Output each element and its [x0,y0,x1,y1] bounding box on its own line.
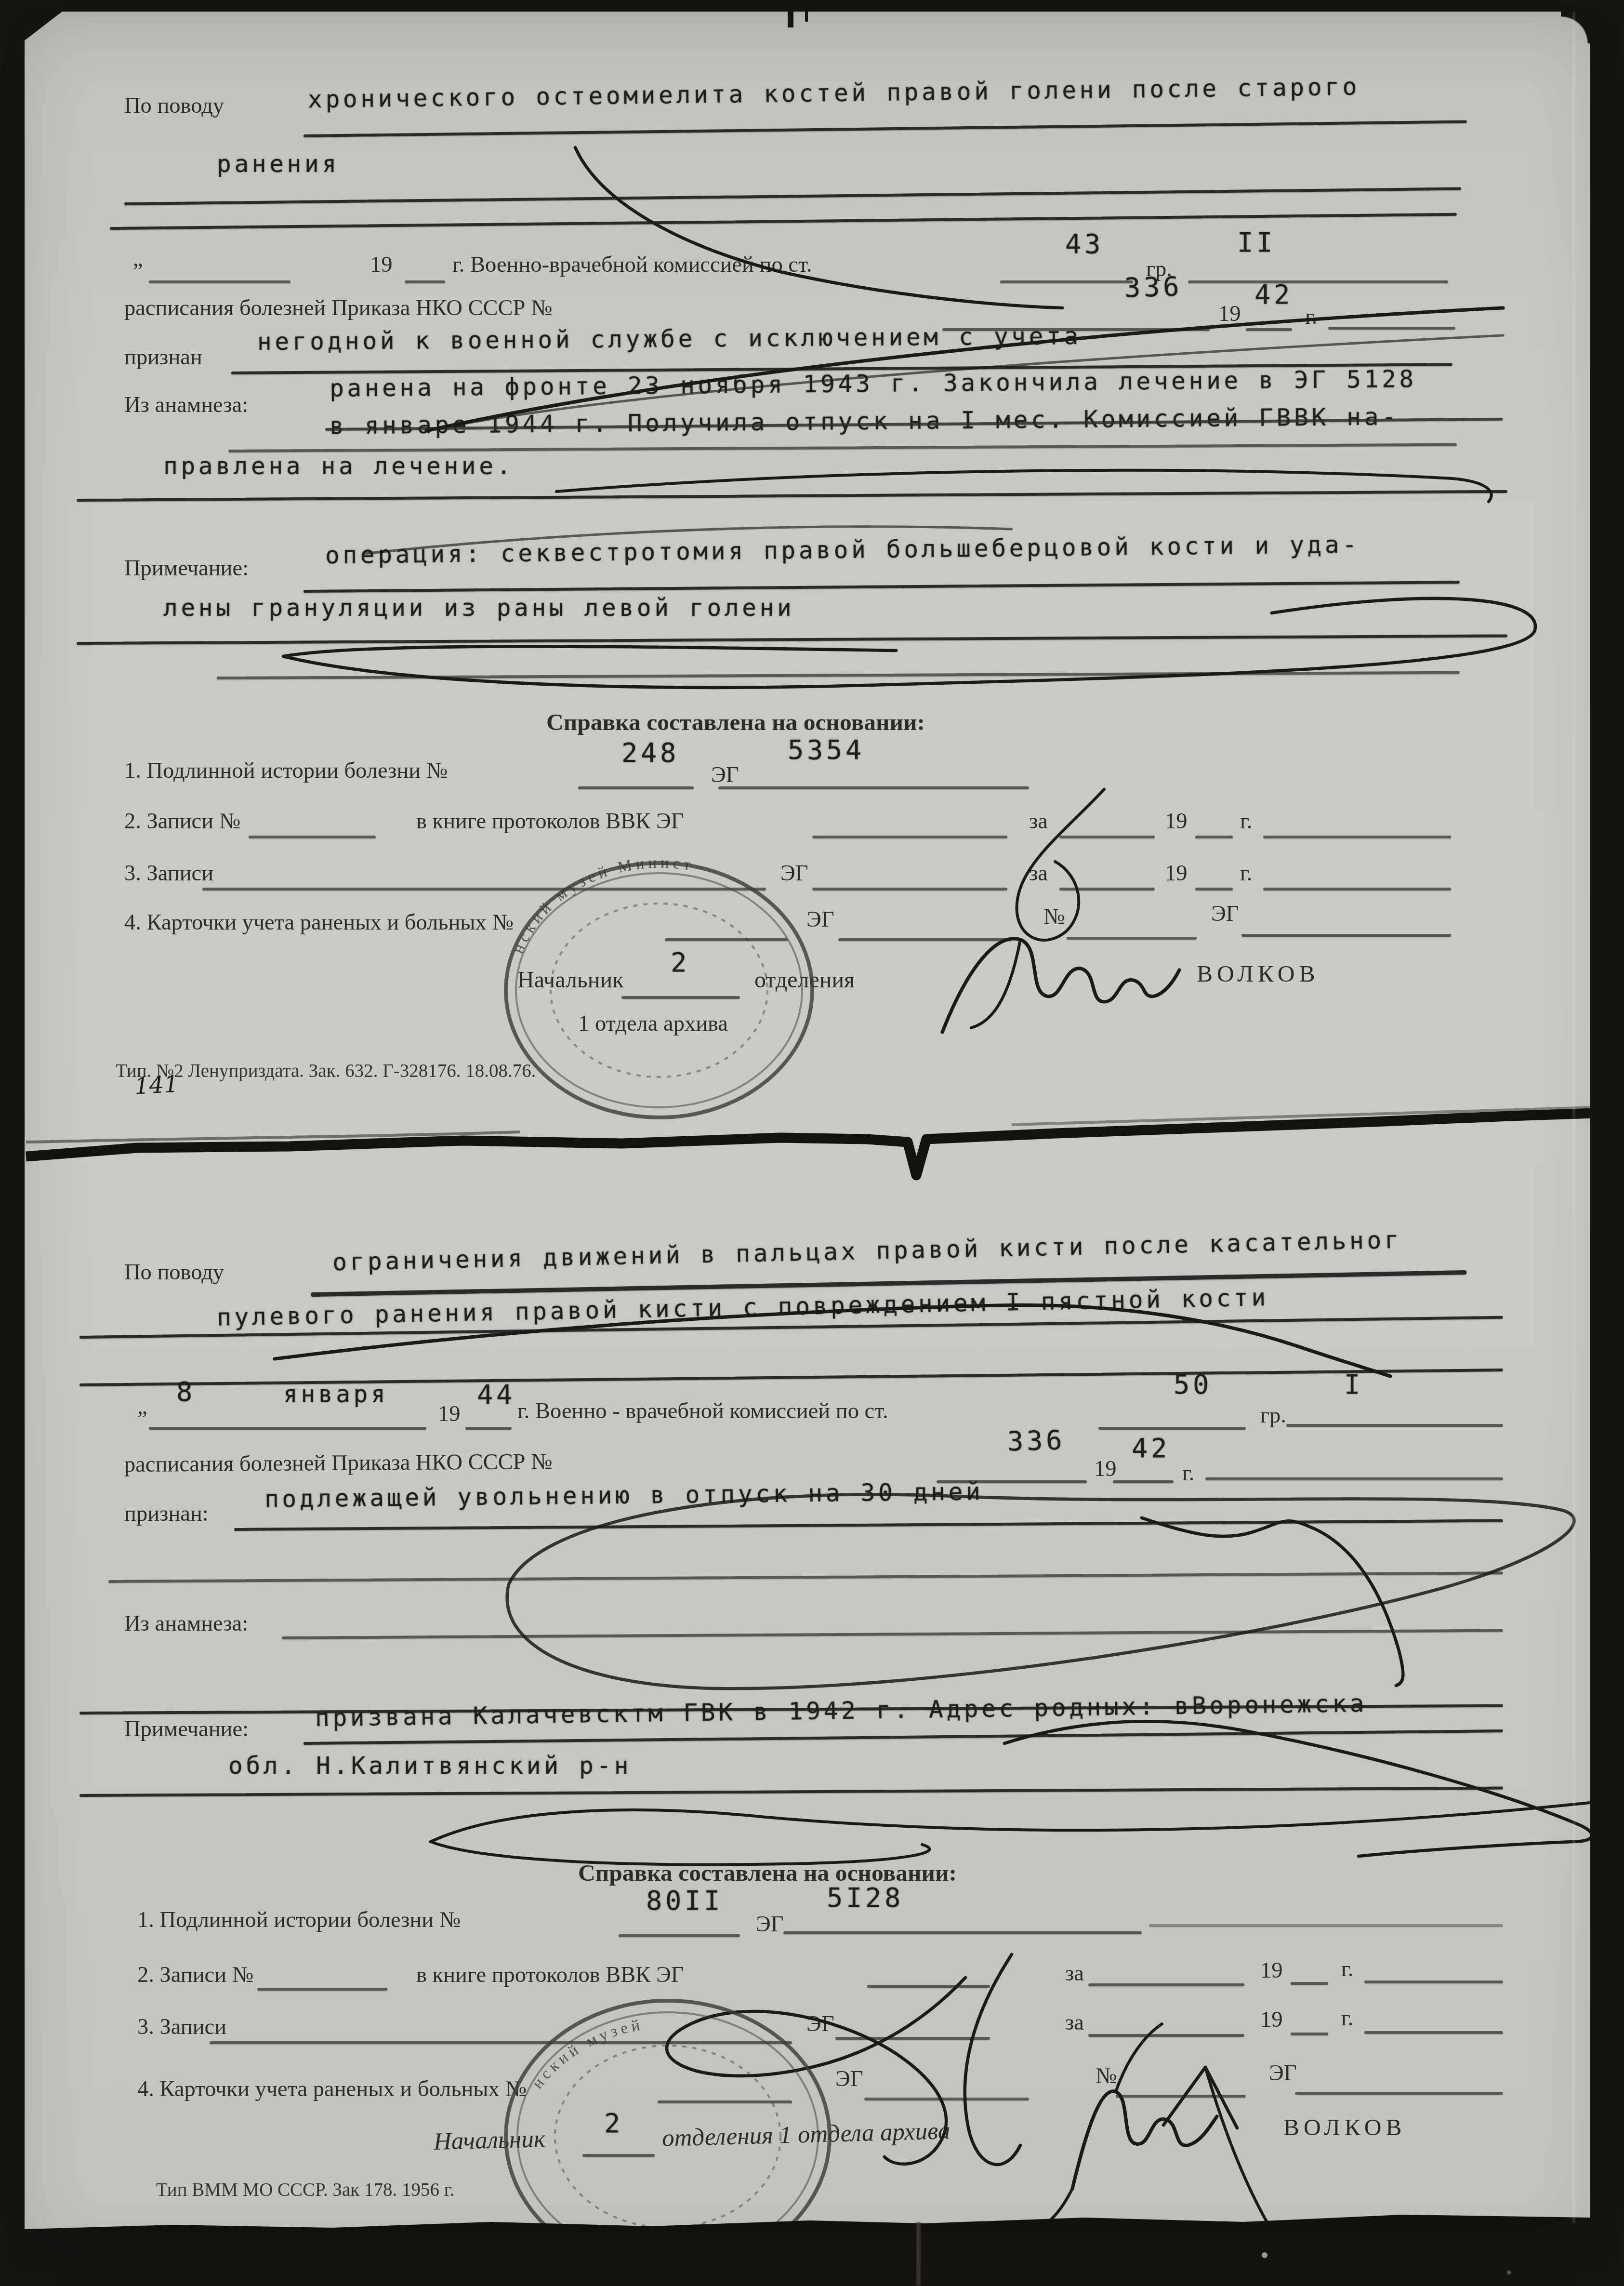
paper-sheet: По поводу хронического остеомиелита кост… [0,0,1624,2286]
signature [1116,2024,1162,2092]
scan-border-left [0,0,25,2233]
signature-flourish [1205,2067,1272,2231]
scan-border-right [1590,0,1624,2233]
paper-corner-round [1561,12,1593,43]
crossout-scribble [507,1494,1574,1688]
crossout-scribble [431,1803,1590,1842]
scan-bottom-band [0,2215,1624,2286]
signature [971,940,1020,1028]
crossout-scribble [1004,1721,1592,1856]
crossout-scribble [431,1842,929,1865]
signature [942,939,1179,1032]
crossout-scribble [556,470,1492,502]
scan-border-top [0,0,1624,12]
signature [1072,2091,1217,2189]
paper-crease [1572,12,1575,2223]
crossout-scribble [275,1305,1390,1376]
paper-edge-mark [788,12,793,27]
stamp-arc-text: нский музей [529,2016,645,2092]
ink-overlay: нский музей Минист нский музей [0,0,1624,2286]
paper-seam [916,2222,921,2286]
stamp-arc-text: нский музей Минист [509,854,696,956]
paper-speck [1506,2270,1511,2274]
crossout-scribble [575,147,1062,308]
paper-fold-gap [26,1113,1597,1175]
scanned-document: По поводу хронического остеомиелита кост… [0,0,1624,2286]
signature-flourish [1163,2067,1237,2128]
scan-stage: По поводу хронического остеомиелита кост… [0,0,1624,2286]
signature-flourish [965,1954,1020,2165]
crossout-scribble [364,527,1012,554]
paper-speck [1262,2252,1268,2258]
paper-edge-mark [805,12,808,22]
crossout-scribble [283,598,1535,688]
signature-flourish [1017,789,1104,940]
svg-text:нский музей Минист: нский музей Минист [509,854,696,956]
round-stamp: нский музей Минист [506,854,812,1117]
svg-text:нский музей: нский музей [529,2016,645,2092]
signature-flourish [1142,1518,1403,1686]
